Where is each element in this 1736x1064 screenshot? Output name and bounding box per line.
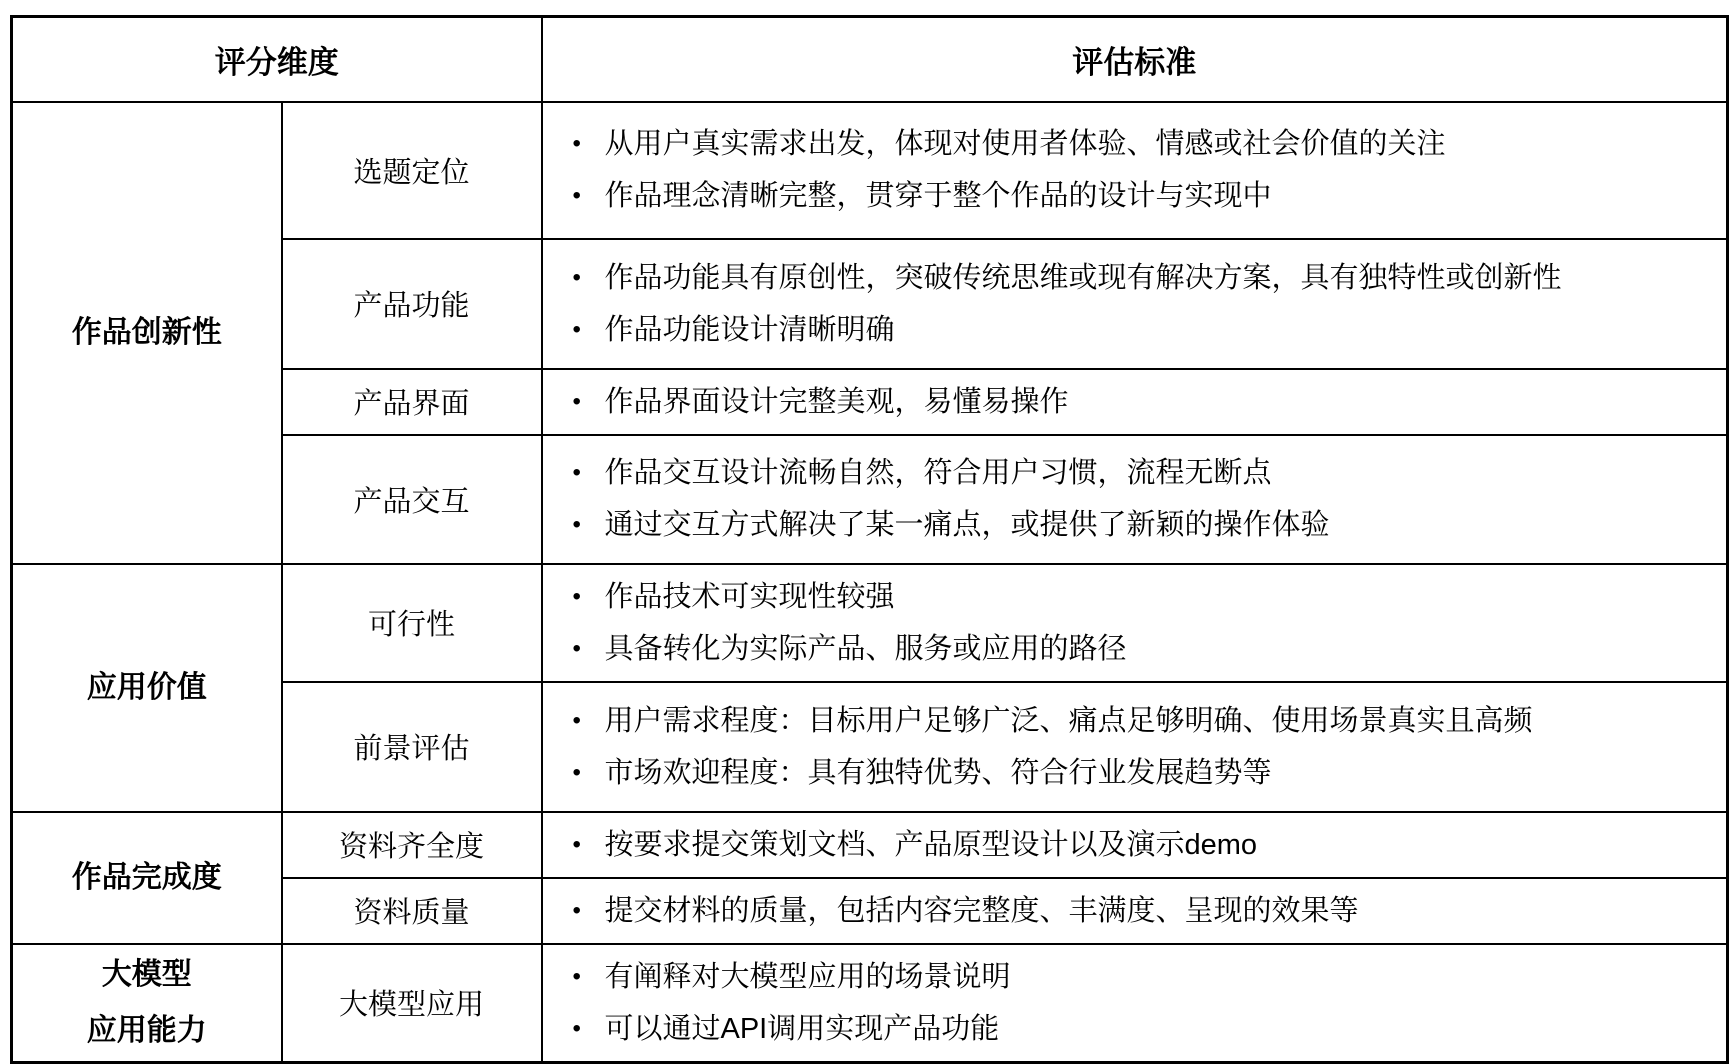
bullet-item: • 从用户真实需求出发，体现对使用者体验、情感或社会价值的关注 (543, 124, 1727, 164)
criteria-cell: • 有阐释对大模型应用的场景说明 • 可以通过API调用实现产品功能 (542, 944, 1728, 1063)
criteria-cell: • 按要求提交策划文档、产品原型设计以及演示demo (542, 812, 1728, 878)
bullet-icon: • (543, 176, 605, 216)
sub-dimension-cell: 资料质量 (282, 878, 542, 944)
category-label: 应用价值 (13, 660, 281, 716)
header-dimension: 评分维度 (12, 17, 542, 102)
bullet-icon: • (543, 701, 605, 741)
criterion-text: 作品功能具有原创性，突破传统思维或现有解决方案，具有独特性或创新性 (605, 258, 1562, 298)
bullet-icon: • (543, 957, 605, 997)
category-llm-capability: 大模型 应用能力 (12, 944, 282, 1063)
bullet-icon: • (543, 629, 605, 669)
bullet-icon: • (543, 505, 605, 545)
criterion-text: 按要求提交策划文档、产品原型设计以及演示demo (605, 825, 1258, 865)
category-label: 大模型 (13, 947, 281, 1003)
bullet-icon: • (543, 382, 605, 422)
table-row: 应用价值 可行性 • 作品技术可实现性较强 • 具备转化为实际产品、服务或应用的… (12, 564, 1728, 682)
bullet-icon: • (543, 577, 605, 617)
category-label: 作品创新性 (13, 305, 281, 361)
criteria-cell: • 从用户真实需求出发，体现对使用者体验、情感或社会价值的关注 • 作品理念清晰… (542, 102, 1728, 239)
bullet-item: • 有阐释对大模型应用的场景说明 (543, 957, 1727, 997)
criterion-text: 从用户真实需求出发，体现对使用者体验、情感或社会价值的关注 (605, 124, 1446, 164)
sub-dimension-cell: 产品交互 (282, 435, 542, 564)
bullet-item: • 可以通过API调用实现产品功能 (543, 1009, 1727, 1049)
table-row: 大模型 应用能力 大模型应用 • 有阐释对大模型应用的场景说明 • 可以通过AP… (12, 944, 1728, 1063)
bullet-item: • 作品技术可实现性较强 (543, 577, 1727, 617)
criterion-text: 作品理念清晰完整，贯穿于整个作品的设计与实现中 (605, 176, 1272, 216)
criterion-text: 作品技术可实现性较强 (605, 577, 895, 617)
bullet-item: • 作品界面设计完整美观，易懂易操作 (543, 382, 1727, 422)
bullet-item: • 作品功能具有原创性，突破传统思维或现有解决方案，具有独特性或创新性 (543, 258, 1727, 298)
bullet-item: • 作品交互设计流畅自然，符合用户习惯，流程无断点 (543, 453, 1727, 493)
criteria-cell: • 作品技术可实现性较强 • 具备转化为实际产品、服务或应用的路径 (542, 564, 1728, 682)
header-criteria: 评估标准 (542, 17, 1728, 102)
table-row: 作品完成度 资料齐全度 • 按要求提交策划文档、产品原型设计以及演示demo (12, 812, 1728, 878)
table-row: 作品创新性 选题定位 • 从用户真实需求出发，体现对使用者体验、情感或社会价值的… (12, 102, 1728, 239)
bullet-item: • 按要求提交策划文档、产品原型设计以及演示demo (543, 825, 1727, 865)
criterion-text: 作品界面设计完整美观，易懂易操作 (605, 382, 1069, 422)
bullet-icon: • (543, 825, 605, 865)
category-label: 作品完成度 (13, 850, 281, 906)
sub-dimension-cell: 大模型应用 (282, 944, 542, 1063)
bullet-icon: • (543, 1009, 605, 1049)
criterion-text: 通过交互方式解决了某一痛点，或提供了新颖的操作体验 (605, 505, 1330, 545)
bullet-item: • 作品功能设计清晰明确 (543, 310, 1727, 350)
sub-dimension-cell: 资料齐全度 (282, 812, 542, 878)
sub-dimension-cell: 产品界面 (282, 369, 542, 435)
criterion-text: 市场欢迎程度：具有独特优势、符合行业发展趋势等 (605, 753, 1272, 793)
sub-dimension-cell: 可行性 (282, 564, 542, 682)
criteria-cell: • 用户需求程度：目标用户足够广泛、痛点足够明确、使用场景真实且高频 • 市场欢… (542, 682, 1728, 812)
criterion-text: 有阐释对大模型应用的场景说明 (605, 957, 1011, 997)
sub-dimension-cell: 选题定位 (282, 102, 542, 239)
criterion-text: 作品交互设计流畅自然，符合用户习惯，流程无断点 (605, 453, 1272, 493)
evaluation-table: 评分维度 评估标准 作品创新性 选题定位 • 从用户真实需求出发，体现对使用者体… (10, 15, 1729, 1064)
bullet-item: • 用户需求程度：目标用户足够广泛、痛点足够明确、使用场景真实且高频 (543, 701, 1727, 741)
bullet-item: • 作品理念清晰完整，贯穿于整个作品的设计与实现中 (543, 176, 1727, 216)
criteria-cell: • 作品界面设计完整美观，易懂易操作 (542, 369, 1728, 435)
criterion-text: 作品功能设计清晰明确 (605, 310, 895, 350)
category-innovation: 作品创新性 (12, 102, 282, 564)
bullet-icon: • (543, 258, 605, 298)
criteria-cell: • 作品功能具有原创性，突破传统思维或现有解决方案，具有独特性或创新性 • 作品… (542, 239, 1728, 369)
criteria-cell: • 提交材料的质量，包括内容完整度、丰满度、呈现的效果等 (542, 878, 1728, 944)
category-label: 应用能力 (13, 1003, 281, 1059)
category-completeness: 作品完成度 (12, 812, 282, 944)
bullet-item: • 具备转化为实际产品、服务或应用的路径 (543, 629, 1727, 669)
criteria-cell: • 作品交互设计流畅自然，符合用户习惯，流程无断点 • 通过交互方式解决了某一痛… (542, 435, 1728, 564)
table-header-row: 评分维度 评估标准 (12, 17, 1728, 102)
bullet-item: • 提交材料的质量，包括内容完整度、丰满度、呈现的效果等 (543, 891, 1727, 931)
bullet-icon: • (543, 891, 605, 931)
bullet-icon: • (543, 124, 605, 164)
criterion-text: 提交材料的质量，包括内容完整度、丰满度、呈现的效果等 (605, 891, 1359, 931)
bullet-item: • 通过交互方式解决了某一痛点，或提供了新颖的操作体验 (543, 505, 1727, 545)
bullet-icon: • (543, 453, 605, 493)
criterion-text: 可以通过API调用实现产品功能 (605, 1009, 1000, 1049)
criterion-text: 具备转化为实际产品、服务或应用的路径 (605, 629, 1127, 669)
document-page: 评分维度 评估标准 作品创新性 选题定位 • 从用户真实需求出发，体现对使用者体… (0, 0, 1736, 1054)
category-application-value: 应用价值 (12, 564, 282, 812)
sub-dimension-cell: 产品功能 (282, 239, 542, 369)
criterion-text: 用户需求程度：目标用户足够广泛、痛点足够明确、使用场景真实且高频 (605, 701, 1533, 741)
bullet-item: • 市场欢迎程度：具有独特优势、符合行业发展趋势等 (543, 753, 1727, 793)
bullet-icon: • (543, 753, 605, 793)
sub-dimension-cell: 前景评估 (282, 682, 542, 812)
bullet-icon: • (543, 310, 605, 350)
